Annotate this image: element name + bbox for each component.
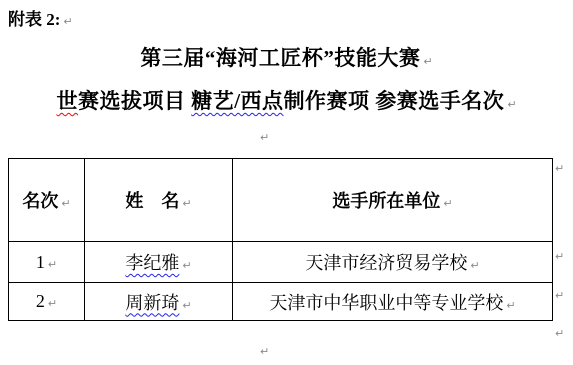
paragraph-mark-icon: ↵ [260,132,269,143]
paragraph-mark-icon: ↵ [260,346,269,357]
table-header-row: 名次↵ 姓 名↵ 选手所在单位↵ [9,159,553,242]
paragraph-mark-icon: ↵ [182,259,191,272]
row-end-mark-icon: ↵ [555,328,564,339]
ranking-table: 名次↵ 姓 名↵ 选手所在单位↵ 1↵ 李纪雅↵ 天津市经济贸易学校↵ [8,158,553,321]
header-name-label: 姓 名 [125,191,179,211]
rank-value: 2 [36,291,45,311]
row-end-mark-icon: ↵ [555,163,564,174]
subtitle-segment-red-squiggle: 世 [56,89,78,113]
paragraph-mark-icon: ↵ [63,15,72,28]
table-row: 1↵ 李纪雅↵ 天津市经济贸易学校↵ [9,242,553,283]
cell-org: 天津市经济贸易学校↵ [233,242,553,283]
paragraph-mark-icon: ↵ [443,197,452,210]
paragraph-mark-icon: ↵ [48,258,57,271]
subtitle-segment: 制作赛项 参赛选手名次 [284,89,505,113]
paragraph-mark-icon: ↵ [182,299,191,312]
document-title: 第三届“海河工匠杯”技能大赛 [140,46,420,70]
header-cell-org: 选手所在单位↵ [233,159,553,242]
rank-value: 1 [36,252,45,272]
paragraph-mark-icon: ↵ [470,259,479,272]
paragraph-mark-icon: ↵ [423,55,432,68]
appendix-label: 附表 2: [8,10,60,29]
contestant-org: 天津市经济贸易学校 [305,253,467,273]
subtitle-segment: 赛选拔项目 [78,89,191,113]
cell-org: 天津市中华职业中等专业学校↵ [233,283,553,321]
subtitle-segment-blue-squiggle: 糖艺/西点 [191,89,283,113]
cell-name: 李纪雅↵ [85,242,233,283]
document-subtitle-row: 世赛选拔项目 糖艺/西点制作赛项 参赛选手名次↵ [0,85,573,115]
document-title-row: 第三届“海河工匠杯”技能大赛↵ [0,42,573,72]
cell-name: 周新琦↵ [85,283,233,321]
contestant-name: 周新琦 [125,293,179,313]
header-rank-label: 名次 [22,191,58,211]
header-org-label: 选手所在单位 [332,191,440,211]
table-row: 2↵ 周新琦↵ 天津市中华职业中等专业学校↵ [9,283,553,321]
paragraph-mark-icon: ↵ [182,197,191,210]
contestant-name: 李纪雅 [125,253,179,273]
cell-rank: 2↵ [9,283,85,321]
document-page: 附表 2:↵ 第三届“海河工匠杯”技能大赛↵ 世赛选拔项目 糖艺/西点制作赛项 … [0,0,573,365]
cell-rank: 1↵ [9,242,85,283]
paragraph-mark-icon: ↵ [507,98,516,111]
paragraph-mark-icon: ↵ [506,299,515,312]
appendix-label-row: 附表 2:↵ [8,5,73,30]
row-end-mark-icon: ↵ [555,290,564,301]
contestant-org: 天津市中华职业中等专业学校 [269,293,503,313]
paragraph-mark-icon: ↵ [61,197,70,210]
paragraph-mark-icon: ↵ [48,297,57,310]
header-cell-name: 姓 名↵ [85,159,233,242]
row-end-mark-icon: ↵ [555,251,564,262]
header-cell-rank: 名次↵ [9,159,85,242]
